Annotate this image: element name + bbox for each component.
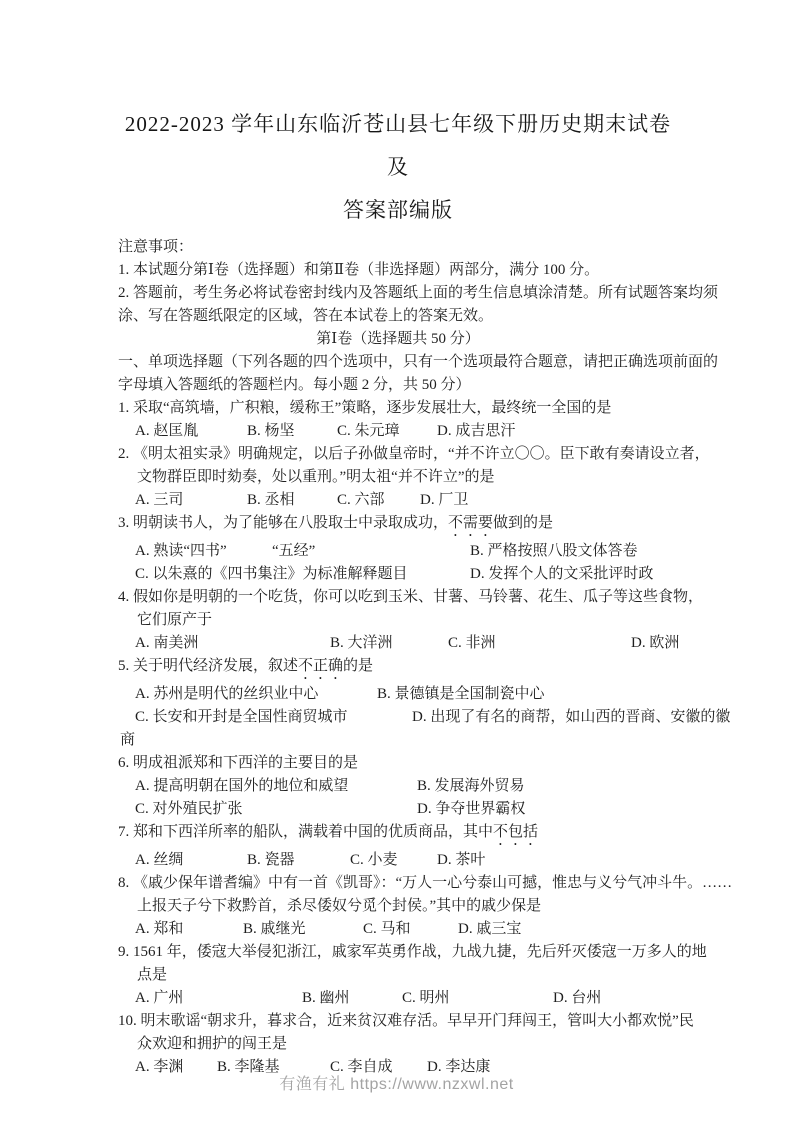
watermark-footer: 有渔有礼 https://www.nzxwl.net [0,1071,793,1094]
question-text-line: 5. 关于明代经济发展，叙述不正确的是 [118,655,678,683]
options-line: C. 对外殖民扩张D. 争夺世界霸权 [118,798,678,821]
option-C: C. 非洲 [448,632,631,655]
paper-title-line1: 2022-2023 学年山东临沂苍山县七年级下册历史期末试卷及 [118,103,678,189]
notice-item-2-line2: 涂、写在答题纸限定的区域，答在本试卷上的答案无效。 [118,305,678,328]
option-C: C. 对外殖民扩张 [135,798,417,821]
option-C: C. 明州 [402,987,553,1010]
paper-title: 2022-2023 学年山东临沂苍山县七年级下册历史期末试卷及 答案部编版 [118,103,678,232]
notice-item-2-line1: 2. 答题前，考生务必将试卷密封线内及答题纸上面的考生信息填涂清楚。所有试题答案… [118,282,678,305]
option-B: B. 发展海外贸易 [417,778,525,794]
emphasized-text: 不正确 [298,658,343,674]
question-number: 10. [118,1013,141,1029]
question-number: 8. [118,875,133,891]
text-segment: 商 [120,732,135,748]
text-segment: 明末歌谣“朝求升，暮求合，近来贫汉难存活。早早开门拜闯王，管叫大小都欢悦”民 [141,1013,694,1029]
option-C: C. 朱元璋 [337,420,437,443]
option-D: D. 发挥个人的文采批评时政 [470,566,653,582]
question-number: 1. [118,400,133,416]
option-D: D. 台州 [553,990,601,1006]
text-segment: 《戚少保年谱耆编》中有一首《凯哥》：“万人一心兮泰山可撼，惟忠与义兮气冲斗牛。…… [133,875,732,891]
text-segment: 做到的是 [493,515,553,531]
option-A: A. 熟读“四书” [135,540,272,563]
section-1-heading: 第Ⅰ卷（选择题共 50 分） [118,328,678,351]
option-D: D. 茶叶 [437,852,485,868]
option-D: D. 成吉思汗 [437,423,515,439]
options-line: A. 三司B. 丞相C. 六部D. 厂卫 [118,489,678,512]
option-C: C. 长安和开封是全国性商贸城市 [135,706,412,729]
text-segment: 明朝读书人，为了能够在八股取士中录取成功， [133,515,448,531]
question-text-line: 9. 1561 年，倭寇大举侵犯浙江，戚家军英勇作战，九战九捷，先后歼灭倭寇一万… [118,941,678,964]
paper-content: 2022-2023 学年山东临沂苍山县七年级下册历史期末试卷及 答案部编版 注意… [118,103,678,1079]
options-line: A. 提高明朝在国外的地位和威望B. 发展海外贸易 [118,775,678,798]
question-number: 2. [118,446,133,462]
question-1: 1. 采取“高筑墙，广积粮，缓称王”策略，逐步发展壮大，最终统一全国的是A. 赵… [118,397,678,443]
text-segment: 明成祖派郑和下西洋的主要目的是 [133,755,358,771]
option-B: B. 戚继光 [243,918,363,941]
option-A: A. 丝绸 [135,849,247,872]
question-text-line: 点是 [118,964,678,987]
options-line: C. 以朱熹的《四书集注》为标准解释题目D. 发挥个人的文采批评时政 [118,563,678,586]
question-8: 8. 《戚少保年谱耆编》中有一首《凯哥》：“万人一心兮泰山可撼，惟忠与义兮气冲斗… [118,872,678,941]
options-line: A. 丝绸B. 瓷器C. 小麦D. 茶叶 [118,849,678,872]
emphasized-text: 不包括 [493,824,538,840]
question-number: 3. [118,515,133,531]
question-text-line: 10. 明末歌谣“朝求升，暮求合，近来贫汉难存活。早早开门拜闯王，管叫大小都欢悦… [118,1010,678,1033]
option-A: A. 南美洲 [135,632,330,655]
question-text-line: 上报天子兮下救黔首，杀尽倭奴兮觅个封侯。”其中的戚少保是 [118,895,678,918]
notice-heading: 注意事项： [118,236,678,259]
option-D: D. 欧洲 [631,635,679,651]
section-1-intro-line1: 一、单项选择题（下列各题的四个选项中，只有一个选项最符合题意，请把正确选项前面的 [118,351,678,374]
question-number: 5. [118,658,133,674]
option-A: A. 三司 [135,489,247,512]
text-segment: 假如你是明朝的一个吃货，你可以吃到玉米、甘薯、马铃薯、花生、瓜子等这些食物， [133,589,703,605]
question-text-line: 6. 明成祖派郑和下西洋的主要目的是 [118,752,678,775]
question-9: 9. 1561 年，倭寇大举侵犯浙江，戚家军英勇作战，九战九捷，先后歼灭倭寇一万… [118,941,678,1010]
option-C: C. 以朱熹的《四书集注》为标准解释题目 [135,563,470,586]
question-text-line: 商 [118,729,678,752]
question-text-line: 7. 郑和下西洋所率的船队，满载着中国的优质商品，其中不包括 [118,821,678,849]
text-segment: “五经” [272,540,470,563]
question-text-line: 它们原产于 [118,609,678,632]
option-D: D. 争夺世界霸权 [417,801,525,817]
option-B: B. 丞相 [247,489,337,512]
question-text-line: 众欢迎和拥护的闯王是 [118,1033,678,1056]
question-5: 5. 关于明代经济发展，叙述不正确的是A. 苏州是明代的丝织业中心B. 景德镇是… [118,655,678,752]
option-A: A. 广州 [135,987,302,1010]
question-7: 7. 郑和下西洋所率的船队，满载着中国的优质商品，其中不包括A. 丝绸B. 瓷器… [118,821,678,872]
question-4: 4. 假如你是明朝的一个吃货，你可以吃到玉米、甘薯、马铃薯、花生、瓜子等这些食物… [118,586,678,655]
question-text-line: 4. 假如你是明朝的一个吃货，你可以吃到玉米、甘薯、马铃薯、花生、瓜子等这些食物… [118,586,678,609]
text-segment: 众欢迎和拥护的闯王是 [137,1036,287,1052]
option-A: A. 苏州是明代的丝织业中心 [135,683,377,706]
text-segment: 的是 [343,658,373,674]
option-A: A. 提高明朝在国外的地位和威望 [135,775,417,798]
options-line: A. 赵匡胤B. 杨坚C. 朱元璋D. 成吉思汗 [118,420,678,443]
options-line: A. 熟读“四书”“五经”B. 严格按照八股文体答卷 [118,540,678,563]
option-C: C. 马和 [363,918,458,941]
question-10: 10. 明末歌谣“朝求升，暮求合，近来贫汉难存活。早早开门拜闯王，管叫大小都欢悦… [118,1010,678,1079]
emphasized-text: 不需要 [448,515,493,531]
question-6: 6. 明成祖派郑和下西洋的主要目的是A. 提高明朝在国外的地位和威望B. 发展海… [118,752,678,821]
text-segment: 点是 [137,967,167,983]
question-number: 6. [118,755,133,771]
text-segment: 文物群臣即时劾奏，处以重刑。”明太祖“并不许立”的是 [137,469,494,485]
question-number: 4. [118,589,133,605]
text-segment: 它们原产于 [137,612,212,628]
option-D: D. 厂卫 [420,492,468,508]
text-segment: 郑和下西洋所率的船队，满载着中国的优质商品，其中 [133,824,493,840]
option-B: B. 幽州 [302,987,402,1010]
text-segment: 采取“高筑墙，广积粮，缓称王”策略，逐步发展壮大，最终统一全国的是 [133,400,611,416]
question-text-line: 3. 明朝读书人，为了能够在八股取士中录取成功，不需要做到的是 [118,512,678,540]
option-D: D. 戚三宝 [458,921,521,937]
exam-paper-page: 2022-2023 学年山东临沂苍山县七年级下册历史期末试卷及 答案部编版 注意… [0,0,793,1122]
question-text-line: 1. 采取“高筑墙，广积粮，缓称王”策略，逐步发展壮大，最终统一全国的是 [118,397,678,420]
option-C: C. 小麦 [350,849,437,872]
option-B: B. 大洋洲 [330,632,448,655]
options-line: A. 南美洲B. 大洋洲C. 非洲D. 欧洲 [118,632,678,655]
question-2: 2. 《明太祖实录》明确规定，以后子孙做皇帝时，“并不许立〇〇。臣下敢有奏请设立… [118,443,678,512]
paper-title-line2: 答案部编版 [118,189,678,232]
question-3: 3. 明朝读书人，为了能够在八股取士中录取成功，不需要做到的是A. 熟读“四书”… [118,512,678,586]
option-B: B. 瓷器 [247,849,350,872]
text-segment: 《明太祖实录》明确规定，以后子孙做皇帝时，“并不许立〇〇。臣下敢有奏请设立者， [133,446,710,462]
question-text-line: 文物群臣即时劾奏，处以重刑。”明太祖“并不许立”的是 [118,466,678,489]
option-B: B. 杨坚 [247,420,337,443]
question-number: 9. [118,944,133,960]
section-1-intro-line2: 字母填入答题纸的答题栏内。每小题 2 分，共 50 分） [118,374,678,397]
text-segment: 上报天子兮下救黔首，杀尽倭奴兮觅个封侯。”其中的戚少保是 [137,898,541,914]
option-D: D. 出现了有名的商帮，如山西的晋商、安徽的徽 [412,709,730,725]
option-A: A. 郑和 [135,918,243,941]
notice-item-1: 1. 本试题分第Ⅰ卷（选择题）和第Ⅱ卷（非选择题）两部分，满分 100 分。 [118,259,678,282]
option-C: C. 六部 [337,489,420,512]
options-line: C. 长安和开封是全国性商贸城市D. 出现了有名的商帮，如山西的晋商、安徽的徽 [118,706,678,729]
questions: 1. 采取“高筑墙，广积粮，缓称王”策略，逐步发展壮大，最终统一全国的是A. 赵… [118,397,678,1079]
question-number: 7. [118,824,133,840]
text-segment: 1561 年，倭寇大举侵犯浙江，戚家军英勇作战，九战九捷，先后歼灭倭寇一万多人的… [133,944,707,960]
question-text-line: 2. 《明太祖实录》明确规定，以后子孙做皇帝时，“并不许立〇〇。臣下敢有奏请设立… [118,443,678,466]
option-B: B. 景德镇是全国制瓷中心 [377,686,545,702]
text-segment: 关于明代经济发展，叙述 [133,658,298,674]
options-line: A. 郑和B. 戚继光C. 马和D. 戚三宝 [118,918,678,941]
option-A: A. 赵匡胤 [135,420,247,443]
question-text-line: 8. 《戚少保年谱耆编》中有一首《凯哥》：“万人一心兮泰山可撼，惟忠与义兮气冲斗… [118,872,678,895]
options-line: A. 苏州是明代的丝织业中心B. 景德镇是全国制瓷中心 [118,683,678,706]
options-line: A. 广州B. 幽州C. 明州D. 台州 [118,987,678,1010]
option-B: B. 严格按照八股文体答卷 [470,543,638,559]
